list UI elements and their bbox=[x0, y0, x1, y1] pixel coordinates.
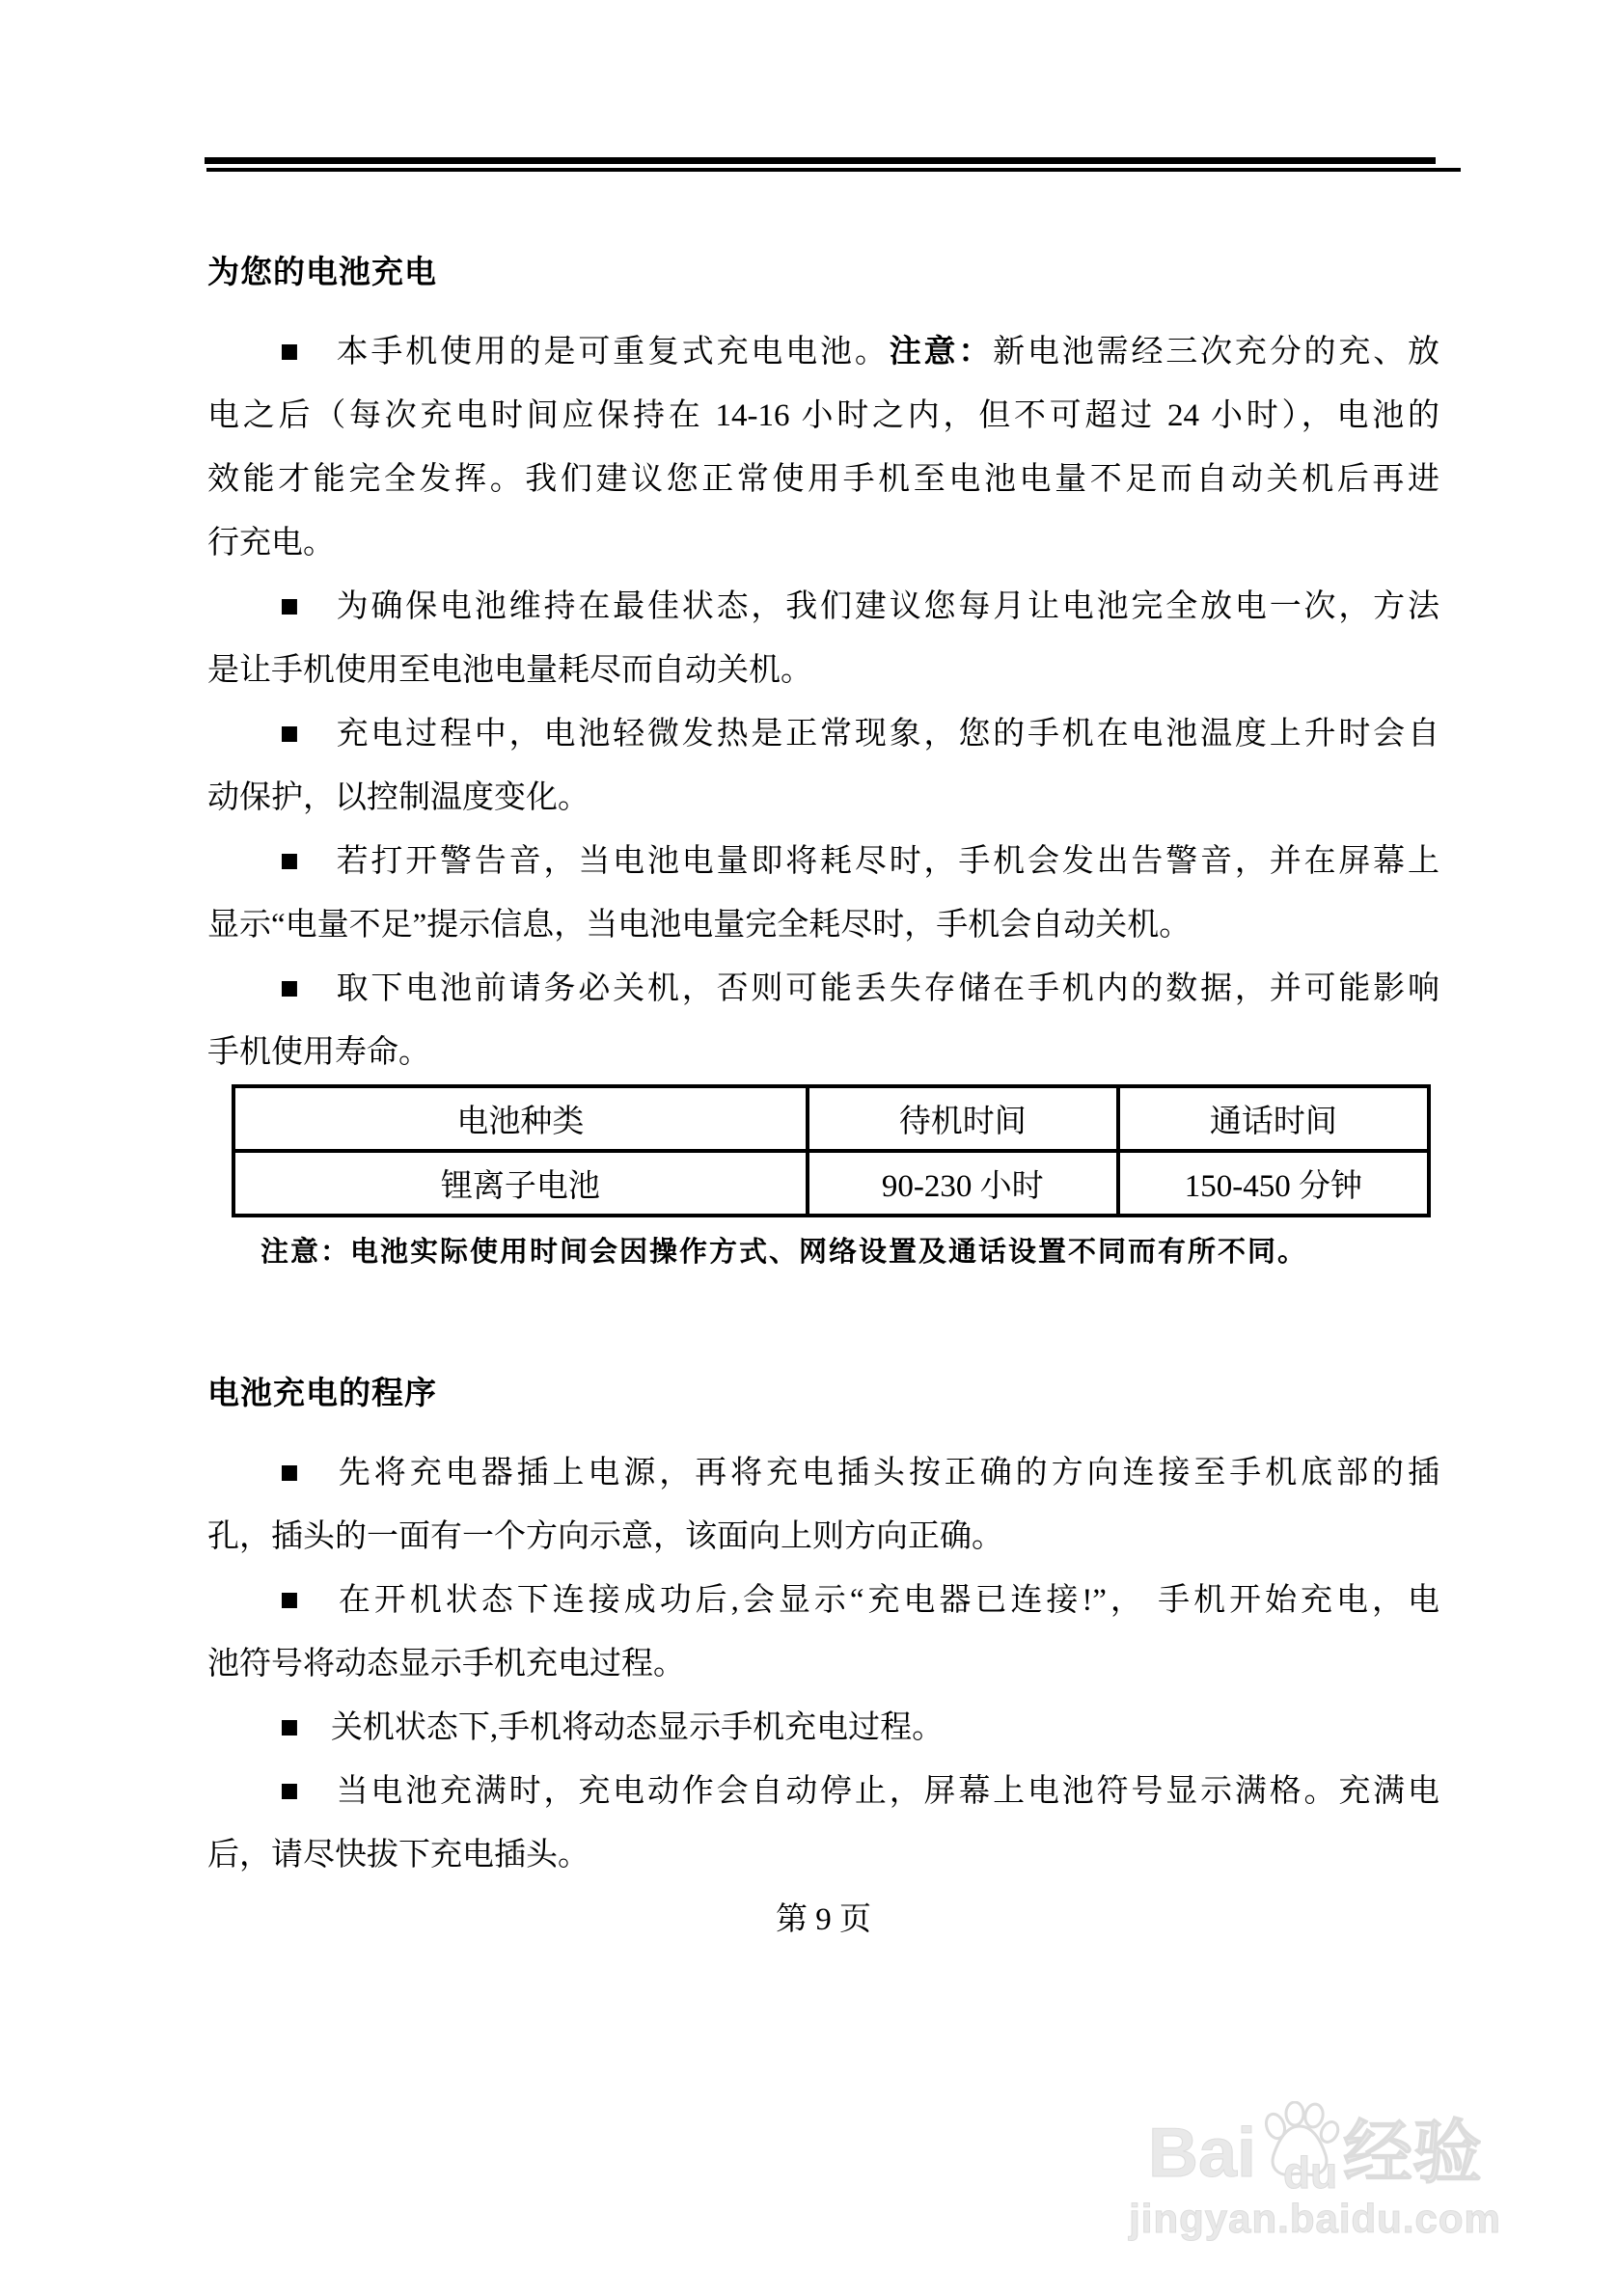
text-run: ■ 先将充电器插上电源，再将充电插头按正确的方向连接至手机底部的插 bbox=[280, 1456, 1439, 1490]
text-run: 效能才能完全发挥。我们建议您正常使用手机至电池电量不足而自动关机后再进 bbox=[207, 462, 1439, 497]
paragraph: ■ 先将充电器插上电源，再将充电插头按正确的方向连接至手机底部的插孔，插头的一面… bbox=[207, 1441, 1439, 1569]
text-run: ■ 若打开警告音，当电池电量即将耗尽时，手机会发出告警音，并在屏幕上 bbox=[280, 844, 1439, 879]
text-run: 是让手机使用至电池电量耗尽而自动关机。 bbox=[207, 653, 812, 688]
text-run: 手机使用寿命。 bbox=[207, 1035, 430, 1070]
paragraph: ■ 本手机使用的是可重复式充电电池。注意：新电池需经三次充分的充、放电之后（每次… bbox=[207, 320, 1439, 575]
text-run: 动保护，以控制温度变化。 bbox=[207, 780, 589, 815]
paragraph: ■ 为确保电池维持在最佳状态，我们建议您每月让电池完全放电一次，方法是让手机使用… bbox=[207, 575, 1439, 702]
table-cell: 150-450 分钟 bbox=[1118, 1151, 1429, 1216]
table-cell: 锂离子电池 bbox=[233, 1151, 808, 1216]
text-line: 池符号将动态显示手机充电过程。 bbox=[207, 1632, 1439, 1696]
header-rule-thick bbox=[205, 157, 1436, 164]
table-cell: 90-230 小时 bbox=[808, 1151, 1118, 1216]
paragraph: ■ 在开机状态下连接成功后,会显示“充电器已连接!”， 手机开始充电，电池符号将… bbox=[207, 1569, 1439, 1696]
text-line: 效能才能完全发挥。我们建议您正常使用手机至电池电量不足而自动关机后再进 bbox=[207, 448, 1439, 511]
paragraph: ■ 关机状态下,手机将动态显示手机充电过程。 bbox=[207, 1696, 1439, 1760]
text-run: ■ 当电池充满时，充电动作会自动停止，屏幕上电池符号显示满格。充满电 bbox=[280, 1774, 1439, 1809]
text-line: ■ 在开机状态下连接成功后,会显示“充电器已连接!”， 手机开始充电，电 bbox=[207, 1569, 1439, 1632]
text-run: 显示“电量不足”提示信息，当电池电量完全耗尽时，手机会自动关机。 bbox=[207, 908, 1191, 943]
text-line: 孔，插头的一面有一个方向示意，该面向上则方向正确。 bbox=[207, 1505, 1439, 1569]
text-run: ■ 在开机状态下连接成功后,会显示“充电器已连接!”， 手机开始充电，电 bbox=[280, 1583, 1439, 1618]
baidu-logo-text-bai: Bai bbox=[1148, 2115, 1256, 2192]
text-run: 孔，插头的一面有一个方向示意，该面向上则方向正确。 bbox=[207, 1519, 1003, 1554]
text-run: ■ 取下电池前请务必关机，否则可能丢失存储在手机内的数据，并可能影响 bbox=[280, 971, 1439, 1006]
text-line: ■ 为确保电池维持在最佳状态，我们建议您每月让电池完全放电一次，方法 bbox=[207, 575, 1439, 639]
manual-page: 为您的电池充电■ 本手机使用的是可重复式充电电池。注意：新电池需经三次充分的充、… bbox=[0, 0, 1617, 2296]
text-run: ■ 为确保电池维持在最佳状态，我们建议您每月让电池完全放电一次，方法 bbox=[280, 589, 1439, 624]
text-run: 后，请尽快拔下充电插头。 bbox=[207, 1838, 589, 1872]
paragraph: ■ 取下电池前请务必关机，否则可能丢失存储在手机内的数据，并可能影响手机使用寿命… bbox=[207, 957, 1439, 1084]
text-run: 电之后（每次充电时间应保持在 14-16 小时之内，但不可超过 24 小时），电… bbox=[207, 398, 1439, 433]
paragraph: ■ 若打开警告音，当电池电量即将耗尽时，手机会发出告警音，并在屏幕上显示“电量不… bbox=[207, 830, 1439, 957]
section-title: 电池充电的程序 bbox=[207, 1372, 1439, 1414]
text-line: 后，请尽快拔下充电插头。 bbox=[207, 1823, 1439, 1887]
baidu-paw-icon: du bbox=[1258, 2101, 1341, 2198]
baidu-jingyan-watermark: Baidu经验 jingyan.baidu.com bbox=[1088, 2095, 1542, 2246]
text-line: ■ 当电池充满时，充电动作会自动停止，屏幕上电池符号显示满格。充满电 bbox=[207, 1760, 1439, 1823]
baidu-logo-text-jingyan: 经验 bbox=[1343, 2115, 1482, 2192]
text-line: ■ 若打开警告音，当电池电量即将耗尽时，手机会发出告警音，并在屏幕上 bbox=[207, 830, 1439, 893]
section-title: 为您的电池充电 bbox=[207, 251, 1439, 293]
text-line: 动保护，以控制温度变化。 bbox=[207, 766, 1439, 830]
text-line: 手机使用寿命。 bbox=[207, 1021, 1439, 1084]
table-header-cell: 电池种类 bbox=[233, 1086, 808, 1151]
header-double-rule bbox=[0, 0, 1617, 172]
text-run: ■ 充电过程中，电池轻微发热是正常现象，您的手机在电池温度上升时会自 bbox=[280, 717, 1439, 752]
text-line: ■ 取下电池前请务必关机，否则可能丢失存储在手机内的数据，并可能影响 bbox=[207, 957, 1439, 1021]
text-run: ■ 关机状态下,手机将动态显示手机充电过程。 bbox=[280, 1710, 944, 1745]
document-body: 为您的电池充电■ 本手机使用的是可重复式充电电池。注意：新电池需经三次充分的充、… bbox=[207, 172, 1439, 1941]
text-run: ■ 本手机使用的是可重复式充电电池。 bbox=[280, 335, 890, 369]
paragraph: ■ 充电过程中，电池轻微发热是正常现象，您的手机在电池温度上升时会自动保护，以控… bbox=[207, 702, 1439, 830]
text-line: 显示“电量不足”提示信息，当电池电量完全耗尽时，手机会自动关机。 bbox=[207, 893, 1439, 957]
text-line: 电之后（每次充电时间应保持在 14-16 小时之内，但不可超过 24 小时），电… bbox=[207, 384, 1439, 448]
text-run: 池符号将动态显示手机充电过程。 bbox=[207, 1647, 685, 1681]
table-header-cell: 待机时间 bbox=[808, 1086, 1118, 1151]
bold-text: 注意： bbox=[890, 335, 993, 369]
battery-spec-table: 电池种类待机时间通话时间锂离子电池90-230 小时150-450 分钟 bbox=[232, 1084, 1431, 1217]
text-run: 新电池需经三次充分的充、放 bbox=[993, 335, 1439, 369]
table-header-row: 电池种类待机时间通话时间 bbox=[233, 1086, 1429, 1151]
paragraph: ■ 当电池充满时，充电动作会自动停止，屏幕上电池符号显示满格。充满电后，请尽快拔… bbox=[207, 1760, 1439, 1887]
baidu-logo-text-du: du bbox=[1283, 2134, 1337, 2211]
text-line: ■ 先将充电器插上电源，再将充电插头按正确的方向连接至手机底部的插 bbox=[207, 1441, 1439, 1505]
text-line: 是让手机使用至电池电量耗尽而自动关机。 bbox=[207, 639, 1439, 702]
text-line: 行充电。 bbox=[207, 511, 1439, 575]
text-line: ■ 本手机使用的是可重复式充电电池。注意：新电池需经三次充分的充、放 bbox=[207, 320, 1439, 384]
text-line: ■ 充电过程中，电池轻微发热是正常现象，您的手机在电池温度上升时会自 bbox=[207, 702, 1439, 766]
table-header-cell: 通话时间 bbox=[1118, 1086, 1429, 1151]
text-run: 行充电。 bbox=[207, 526, 335, 560]
bold-text: 注意：电池实际使用时间会因操作方式、网络设置及通话设置不同而有所不同。 bbox=[260, 1237, 1307, 1268]
table-note: 注意：电池实际使用时间会因操作方式、网络设置及通话设置不同而有所不同。 bbox=[260, 1231, 1439, 1273]
page-number: 第 9 页 bbox=[207, 1899, 1439, 1941]
text-line: ■ 关机状态下,手机将动态显示手机充电过程。 bbox=[207, 1696, 1439, 1760]
table-row: 锂离子电池90-230 小时150-450 分钟 bbox=[233, 1151, 1429, 1216]
baidu-jingyan-logo: Baidu经验 bbox=[1088, 2095, 1542, 2192]
